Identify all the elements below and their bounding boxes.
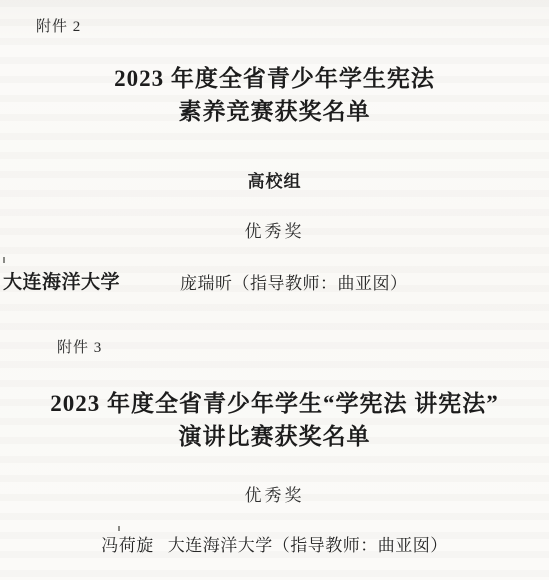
group-label-universities: 高校组 [0, 167, 549, 192]
section-1-award-entry-row: 大连海洋大学 庞瑞昕（指导教师：曲亚囡） [0, 267, 549, 291]
section-1-award-label: 优秀奖 [0, 217, 549, 242]
section-2-award-entry-row: 冯荷旋大连海洋大学（指导教师：曲亚囡） [0, 531, 549, 556]
section-2-award-label: 优秀奖 [0, 481, 549, 506]
section-1-school-name: 大连海洋大学 [3, 267, 120, 294]
section-1-title: 2023 年度全省青少年学生宪法 素养竞赛获奖名单 [0, 62, 549, 128]
section-2-school-name: 大连海洋大学（指导教师：曲亚囡） [168, 536, 448, 555]
section-1-title-line-2: 素养竞赛获奖名单 [0, 95, 549, 128]
section-2-title: 2023 年度全省青少年学生“学宪法 讲宪法” 演讲比赛获奖名单 [0, 387, 549, 453]
attachment-3-label: 附件 3 [57, 336, 102, 357]
section-2-title-line-2: 演讲比赛获奖名单 [0, 420, 549, 453]
scanned-document-page: 附件 2 2023 年度全省青少年学生宪法 素养竞赛获奖名单 高校组 优秀奖 大… [0, 0, 549, 580]
attachment-2-label: 附件 2 [36, 15, 81, 36]
section-2-title-line-1: 2023 年度全省青少年学生“学宪法 讲宪法” [0, 387, 549, 420]
section-2-winner-name: 冯荷旋 [101, 536, 154, 555]
section-1-title-line-1: 2023 年度全省青少年学生宪法 [0, 62, 549, 95]
scan-artifact-speck [3, 257, 5, 263]
section-1-winner-name: 庞瑞昕（指导教师：曲亚囡） [180, 269, 408, 294]
scan-artifact-speck [118, 526, 120, 531]
